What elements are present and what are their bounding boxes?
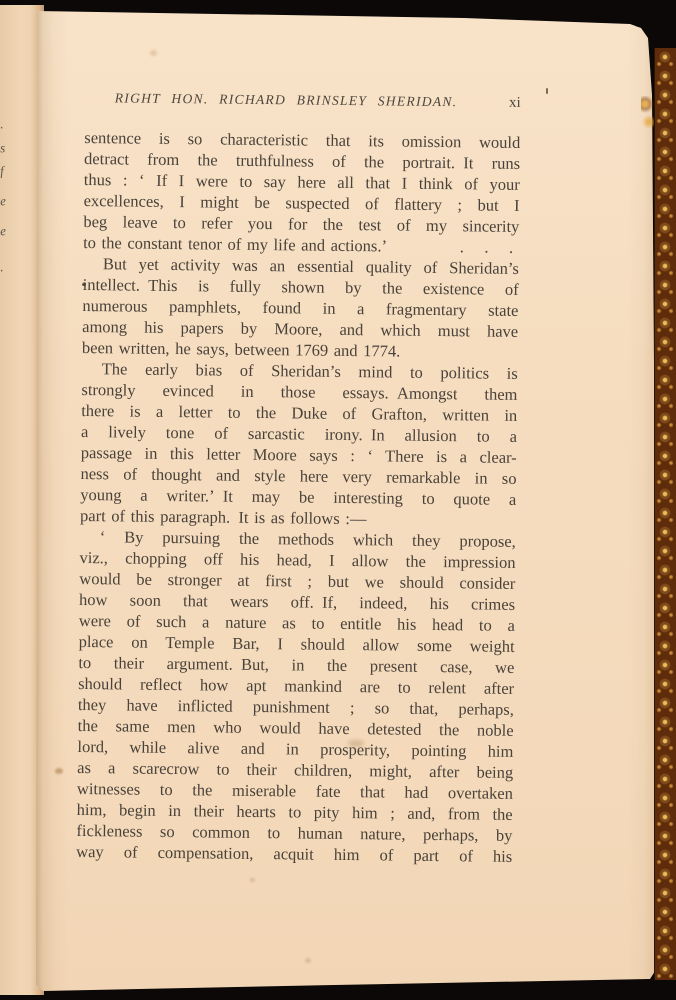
ellipsis-dots: . . .: [460, 236, 516, 258]
gilt-corner-fleck: [641, 96, 654, 136]
page-blemish: [348, 740, 364, 747]
text-line: way of compensation, acquit him of part …: [76, 841, 512, 867]
text-block: sentence is so characteristic that its o…: [76, 127, 520, 867]
book-page: RIGHT HON. RICHARD BRINSLEY SHERIDAN. xi…: [34, 0, 658, 1000]
gutter-letter-fragment: e: [0, 224, 10, 238]
gutter-letter-fragment: f: [0, 164, 10, 178]
page-number: xi: [509, 95, 521, 112]
gutter-letter-fragment: .: [0, 260, 10, 274]
running-header: RIGHT HON. RICHARD BRINSLEY SHERIDAN. xi: [85, 90, 521, 112]
running-header-title: RIGHT HON. RICHARD BRINSLEY SHERIDAN.: [115, 90, 458, 110]
page-blemish: [250, 878, 255, 882]
gutter-letter-fragment: .: [0, 117, 10, 131]
page-blemish: [150, 50, 157, 56]
gutter-letter-fragment: s: [0, 141, 10, 155]
page-blemish: [546, 88, 548, 94]
page-blemish: [82, 283, 86, 286]
page-blemish: [305, 958, 311, 963]
page-content: RIGHT HON. RICHARD BRINSLEY SHERIDAN. xi…: [75, 0, 522, 1000]
photo-of-book-page: { "page": { "header": { "title": "RIGHT …: [0, 0, 676, 1000]
gutter-letter-fragment: e: [0, 194, 10, 208]
gilt-fore-edge: [654, 48, 676, 980]
page-blemish: [55, 768, 63, 774]
